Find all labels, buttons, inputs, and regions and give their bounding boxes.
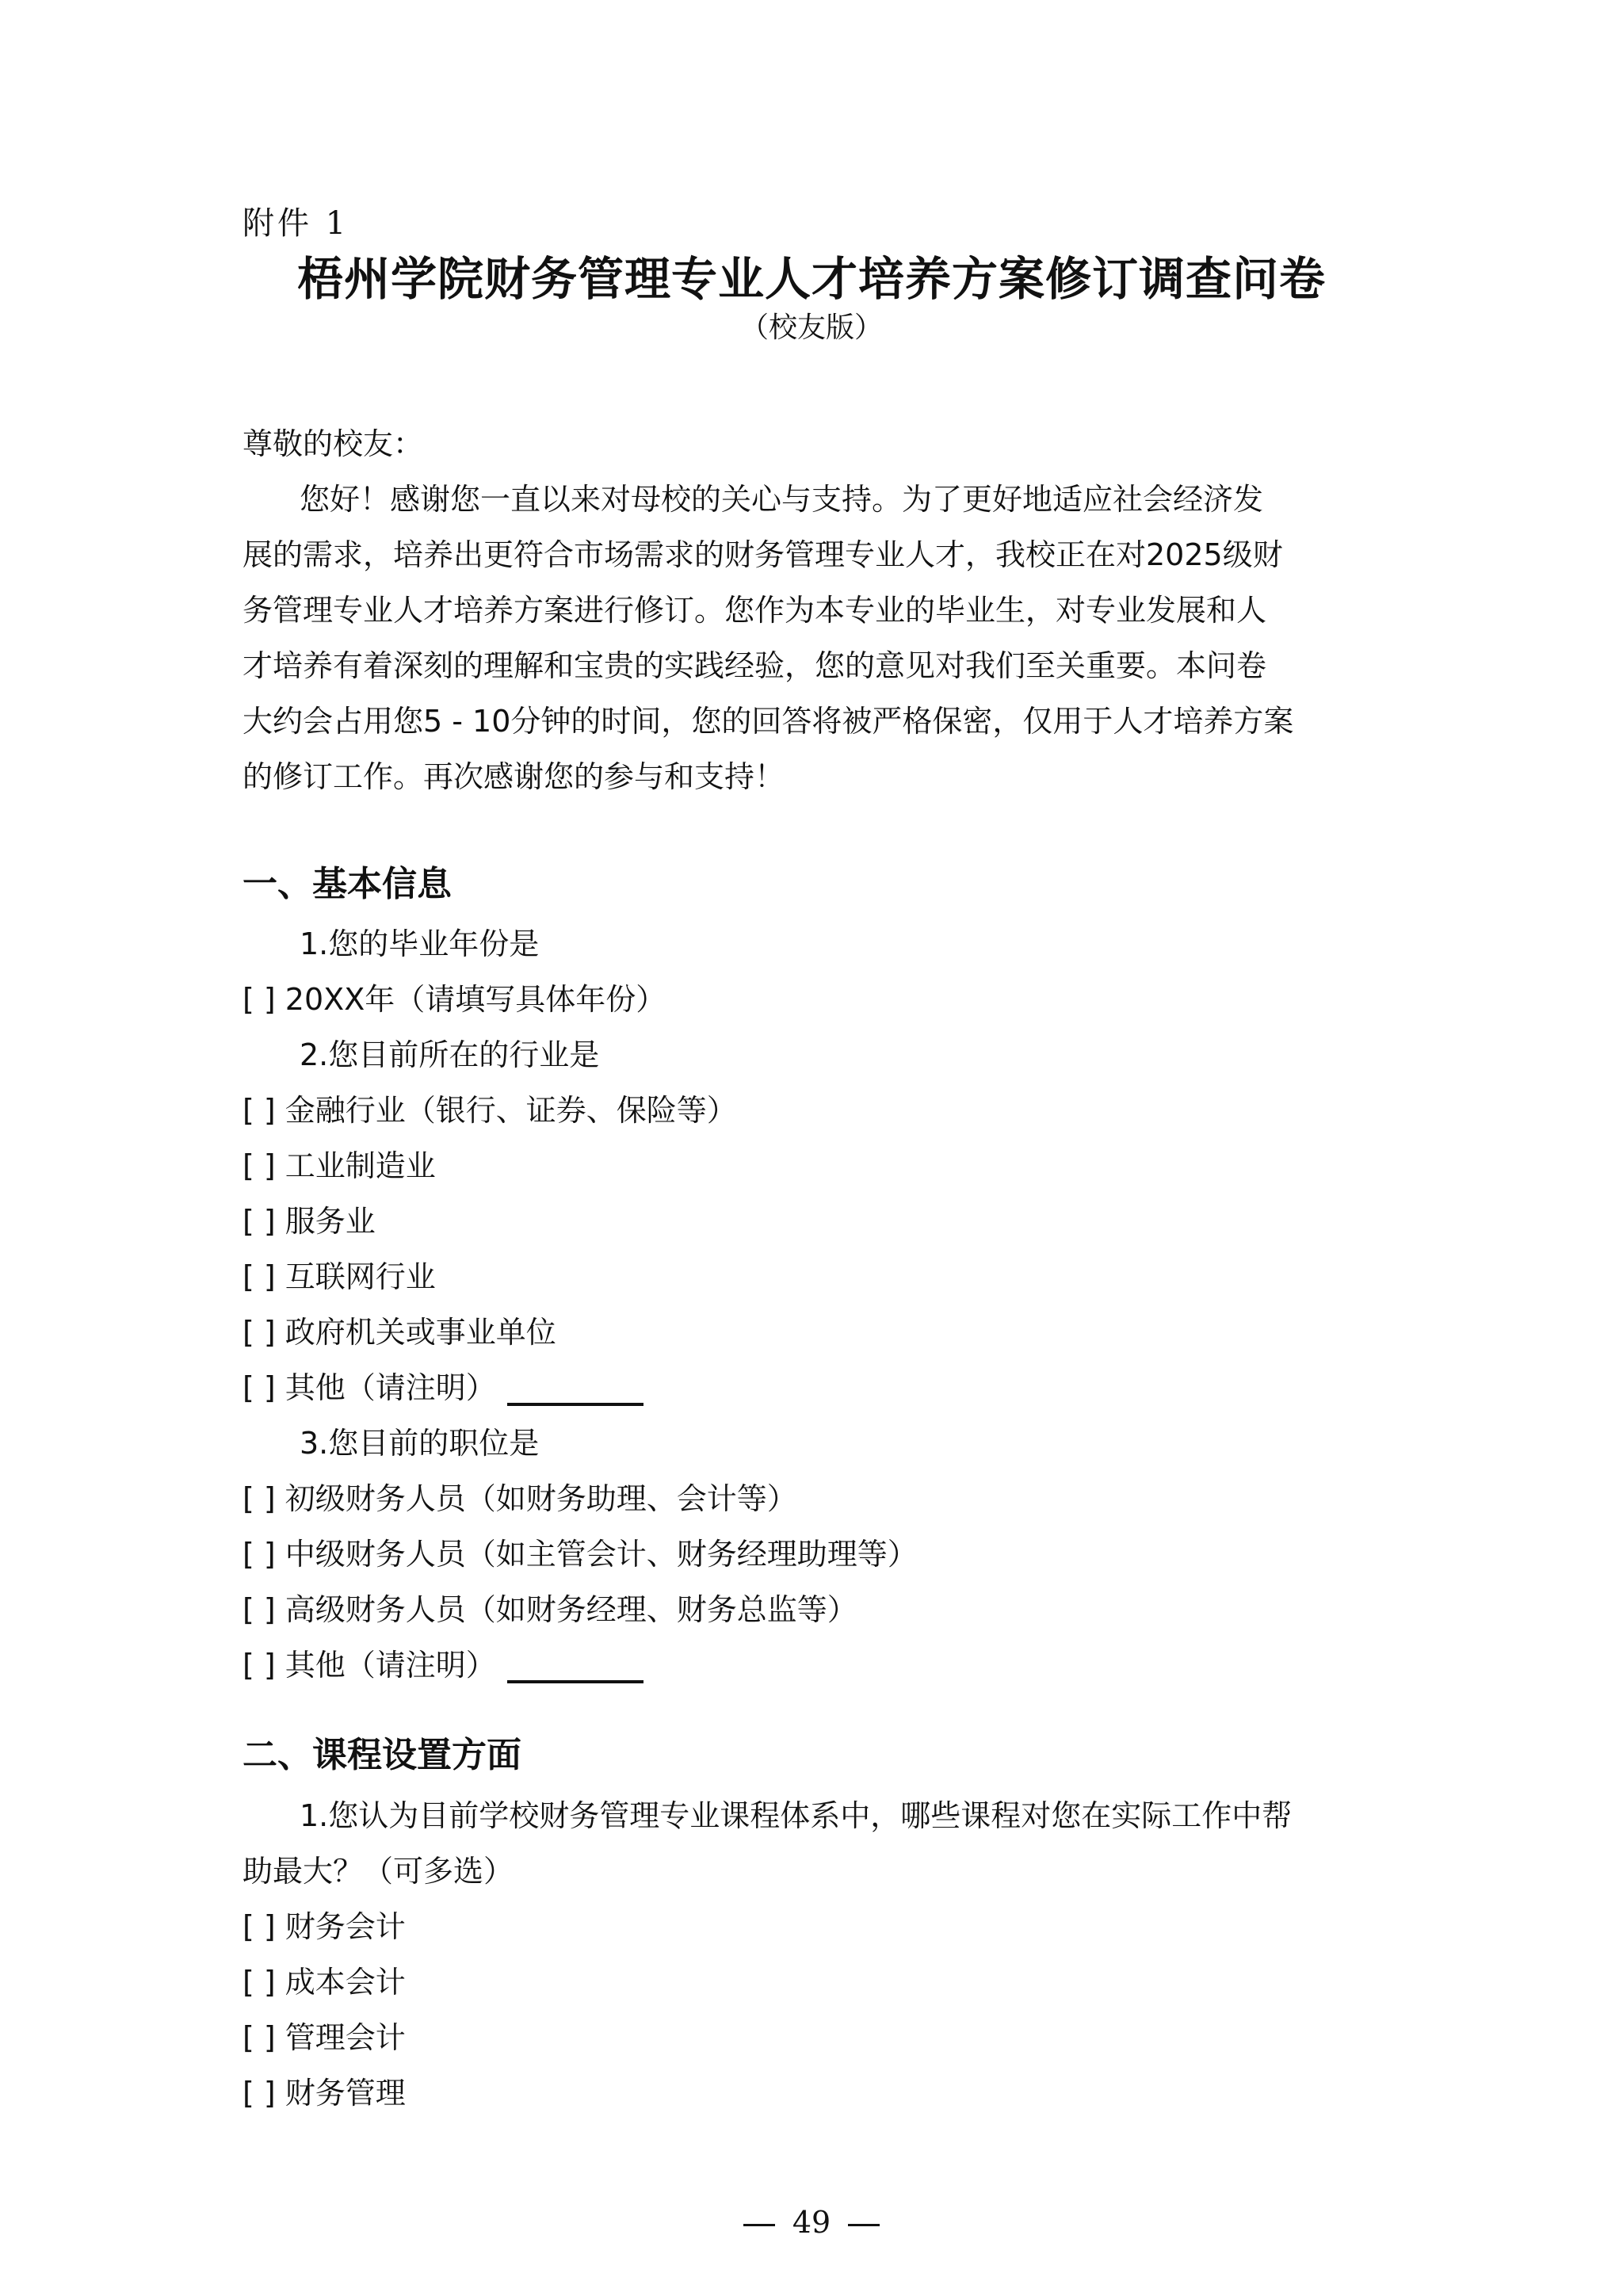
question-2-text: 2.您目前所在的行业是 bbox=[300, 1037, 599, 1073]
question-3-option[interactable]: [ ] 高级财务人员（如财务经理、财务总监等） bbox=[242, 1591, 857, 1628]
fill-in-blank[interactable] bbox=[507, 1376, 643, 1406]
dash-right bbox=[848, 2224, 880, 2226]
greeting: 尊敬的校友： bbox=[242, 426, 423, 462]
question-2-option[interactable]: [ ] 互联网行业 bbox=[242, 1259, 436, 1295]
question-2-option[interactable]: [ ] 服务业 bbox=[242, 1203, 376, 1240]
question-2-option[interactable]: [ ] 政府机关或事业单位 bbox=[242, 1314, 556, 1350]
question-2-option[interactable]: [ ] 金融行业（银行、证券、保险等） bbox=[242, 1092, 737, 1129]
question-3-option[interactable]: [ ] 中级财务人员（如主管会计、财务经理助理等） bbox=[242, 1536, 918, 1572]
course-option[interactable]: [ ] 财务管理 bbox=[242, 2075, 406, 2111]
document-page: 附件 1 梧州学院财务管理专业人才培养方案修订调查问卷 （校友版） 尊敬的校友：… bbox=[0, 0, 1623, 2296]
attachment-label: 附件 1 bbox=[242, 198, 349, 243]
document-subtitle: （校友版） bbox=[0, 305, 1623, 346]
question-1-option[interactable]: [ ] 20XX年（请填写具体年份） bbox=[242, 981, 666, 1018]
question-3-text: 3.您目前的职位是 bbox=[300, 1425, 539, 1461]
option-label: [ ] 其他（请注明） bbox=[242, 1370, 496, 1405]
page-footer: 49 bbox=[0, 2205, 1623, 2240]
intro-line: 大约会占用您5 - 10分钟的时间，您的回答将被严格保密，仅用于人才培养方案 bbox=[242, 703, 1293, 739]
intro-line: 展的需求，培养出更符合市场需求的财务管理专业人才，我校正在对2025级财 bbox=[242, 537, 1283, 573]
section-heading-curriculum: 二、课程设置方面 bbox=[242, 1737, 521, 1774]
question-3-option-other[interactable]: [ ] 其他（请注明） bbox=[242, 1647, 643, 1683]
option-label: [ ] 其他（请注明） bbox=[242, 1648, 496, 1683]
section-heading-basic-info: 一、基本信息 bbox=[242, 866, 452, 903]
section2-question-1-text: 1.您认为目前学校财务管理专业课程体系中，哪些课程对您在实际工作中帮 bbox=[300, 1797, 1292, 1834]
document-title: 梧州学院财务管理专业人才培养方案修订调查问卷 bbox=[0, 242, 1623, 308]
intro-line: 的修订工作。再次感谢您的参与和支持！ bbox=[242, 758, 785, 795]
course-option[interactable]: [ ] 管理会计 bbox=[242, 2019, 406, 2056]
dash-left bbox=[743, 2224, 775, 2226]
section2-question-1-text: 助最大？（可多选） bbox=[242, 1853, 514, 1889]
question-1-text: 1.您的毕业年份是 bbox=[300, 926, 539, 962]
question-3-option[interactable]: [ ] 初级财务人员（如财务助理、会计等） bbox=[242, 1480, 797, 1517]
course-option[interactable]: [ ] 财务会计 bbox=[242, 1908, 406, 1945]
intro-line: 您好！感谢您一直以来对母校的关心与支持。为了更好地适应社会经济发 bbox=[300, 481, 1263, 518]
question-2-option-other[interactable]: [ ] 其他（请注明） bbox=[242, 1370, 643, 1406]
page-number: 49 bbox=[792, 2205, 831, 2240]
intro-line: 才培养有着深刻的理解和宝贵的实践经验，您的意见对我们至关重要。本问卷 bbox=[242, 648, 1266, 684]
question-2-option[interactable]: [ ] 工业制造业 bbox=[242, 1148, 436, 1184]
intro-line: 务管理专业人才培养方案进行修订。您作为本专业的毕业生，对专业发展和人 bbox=[242, 592, 1266, 628]
course-option[interactable]: [ ] 成本会计 bbox=[242, 1964, 406, 2000]
fill-in-blank[interactable] bbox=[507, 1653, 643, 1683]
